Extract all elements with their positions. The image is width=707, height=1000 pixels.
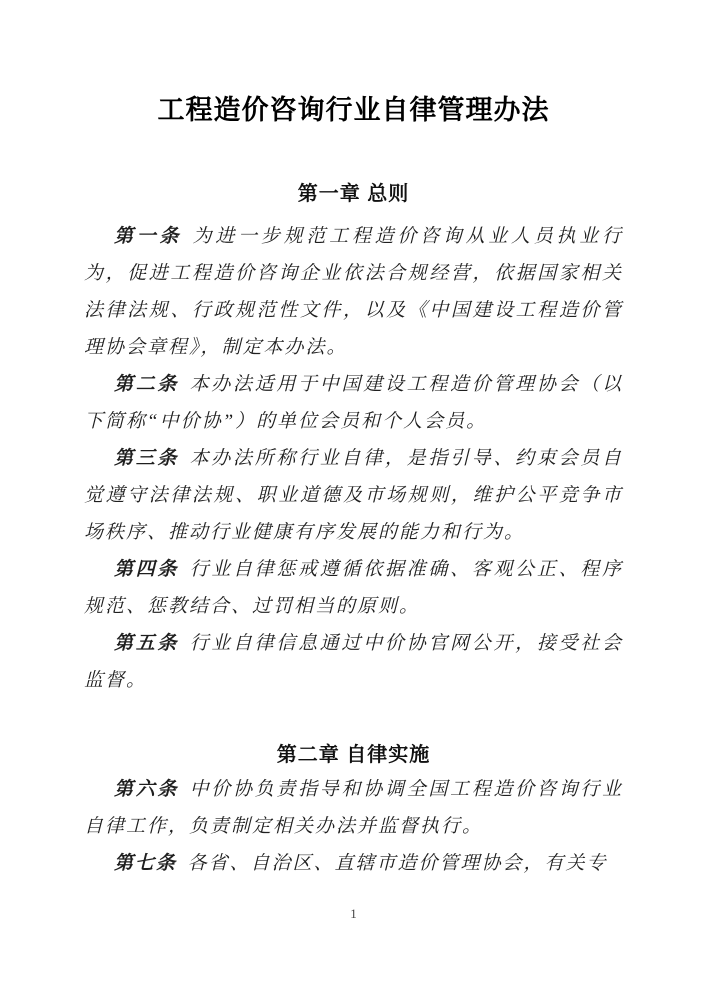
article-1-label: 第一条	[114, 226, 182, 247]
article-6-label: 第六条	[114, 779, 179, 800]
article-4-paragraph: 第四条行业自律惩戒遵循依据准确、客观公正、程序规范、惩教结合、过罚相当的原则。	[84, 551, 623, 625]
article-3-label: 第三条	[114, 448, 179, 469]
page-number: 1	[0, 906, 707, 922]
article-7-label: 第七条	[114, 853, 177, 874]
document-page: 工程造价咨询行业自律管理办法 第一章 总则 第一条为进一步规范工程造价咨询从业人…	[0, 0, 707, 1000]
article-7-paragraph: 第七条各省、自治区、直辖市造价管理协会，有关专	[84, 845, 623, 882]
article-4-label: 第四条	[114, 559, 179, 580]
article-2-paragraph: 第二条本办法适用于中国建设工程造价管理协会（以下简称“中价协”）的单位会员和个人…	[84, 366, 623, 440]
article-7-text: 各省、自治区、直辖市造价管理协会，有关专	[187, 853, 607, 874]
article-3-paragraph: 第三条本办法所称行业自律，是指引导、约束会员自觉遵守法律法规、职业道德及市场规则…	[84, 440, 623, 551]
chapter-1-heading: 第一章 总则	[84, 180, 623, 208]
article-5-label: 第五条	[114, 633, 179, 654]
document-title: 工程造价咨询行业自律管理办法	[84, 92, 623, 128]
article-2-label: 第二条	[114, 374, 179, 395]
article-6-paragraph: 第六条中价协负责指导和协调全国工程造价咨询行业自律工作，负责制定相关办法并监督执…	[84, 771, 623, 845]
chapter-2-heading: 第二章 自律实施	[84, 741, 623, 769]
article-1-paragraph: 第一条为进一步规范工程造价咨询从业人员执业行为，促进工程造价咨询企业依法合规经营…	[84, 218, 623, 366]
article-5-paragraph: 第五条行业自律信息通过中价协官网公开，接受社会监督。	[84, 625, 623, 699]
